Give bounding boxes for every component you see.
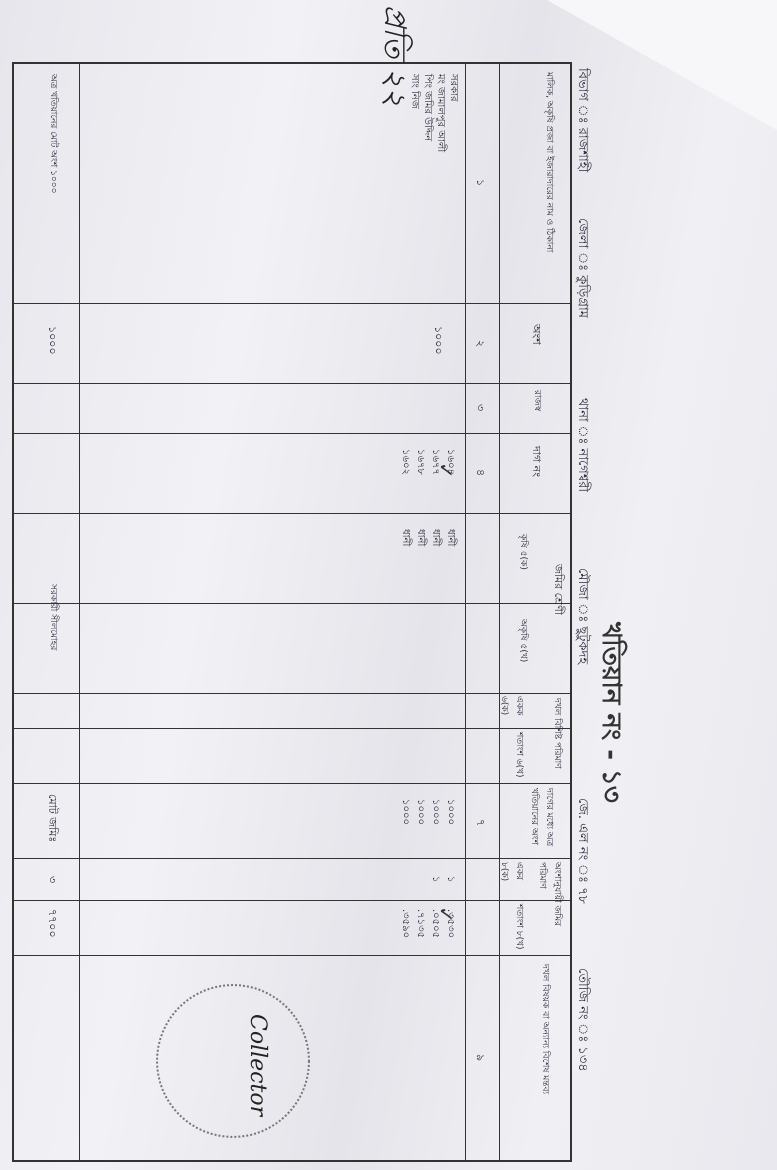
footer-total-acre: ৩ [45,876,60,883]
collector-signature: Collector [245,1014,270,1116]
column-area-decimal [14,729,570,784]
land-class: ধানী [428,529,443,546]
document-title: খতিয়ান নং - ১৩ [588,622,632,803]
header-class-agri: কৃষি ৫(ক) [515,534,530,570]
owner-line: মং জামালপুর আলী [434,74,447,152]
thana-label: থানা ঃ নাগেশ্বরী [571,398,592,492]
corner-scribble: ২০ প্রতি ২২ [368,0,419,107]
header-owner: মালিক, অকৃষি প্রজা বা ইজারাদারের নাম ও ঠ… [541,72,556,297]
header-proportional-area: অংশানুযায়ী জমির পরিমাণ [534,862,564,954]
column-class-nonagri [14,604,570,694]
column-area-acre [14,694,570,729]
dag-number: ১৬৭৮ [413,449,428,475]
header-land-class: জমির শ্রেণী [551,564,566,615]
owner-line: সরকার [447,74,460,152]
header-revenue: রাজস্ব [529,390,544,411]
header-decimal: শতাংশ ৮(খ) [511,904,526,954]
header-acre: একর ৮(ক) [496,862,526,900]
jl-number-label: জে. এল নং ঃ ৭৮ [571,798,592,904]
owner-share: ১০০০ [431,326,446,355]
dag-share: ১০০০ [413,799,428,825]
footer-seal-text: সরকারী সীলমোহর [45,584,60,650]
header-area-acre: একক ৬(ক) [496,696,526,728]
header-possession-area: দখল বিশিষ্ট পরিমাণ [549,698,564,782]
revenue-number-label: তৌজি নং ঃ ১৩৪ [571,968,592,1072]
dag-share: ১০০০ [443,799,458,825]
header-dag: দাগ নং [529,446,544,477]
colnum-7: ৭ [473,819,488,826]
land-class: ধানী [413,529,428,546]
decimal-value: .৩৫৯০ [398,909,413,938]
division-label: বিভাগ ঃ রাজশাহী [571,68,592,172]
column-decimal [14,901,570,956]
header-remarks: দখল বিষয়ক বা অন্যান্য বিশেষ মন্তব্য [537,964,552,1154]
footer-authority: অত্র খতিয়ানের মোট অংশ ১০০০ [45,74,60,194]
colnum-4: ৪ [473,469,488,476]
khatian-document: খতিয়ান নং - ১৩ বিভাগ ঃ রাজশাহী জেলা ঃ ক… [0,62,640,1162]
colnum-1: ১ [473,179,488,186]
colnum-2: ২ [473,340,488,347]
seal-stamp [156,984,310,1138]
header-class-nonagri: অকৃষি ৫(খ) [515,619,530,662]
land-class: ধানী [398,529,413,546]
mouza-label: মৌজা ঃ ছুটুকদহ [571,568,592,664]
colnum-9: ৯ [473,1054,488,1061]
khatian-table: মালিক, অকৃষি প্রজা বা ইজারাদারের নাম ও ঠ… [12,62,572,1162]
district-label: জেলা ঃ কুড়িগ্রাম [571,218,592,318]
header-dag-share: দাগের মধ্যে অত্র খতিয়ানের অংশ [526,788,556,856]
owner-line: পিং জমির উদ্দিন [421,74,434,152]
land-class: ধানী [443,529,458,546]
column-acre [14,859,570,901]
check-mark-icon: ✓ [434,906,458,923]
header-area-decimal: শতাংশ ৬(খ) [511,732,526,782]
dag-share: ১০০০ [428,799,443,825]
dag-share: ১০০০ [398,799,413,825]
check-mark-icon: ✓ [434,462,458,479]
column-class-agri [14,514,570,604]
acre-value: ১ [428,876,443,883]
decimal-value: .৭১৩৫ [413,909,428,938]
header-share: অংশ [529,324,544,345]
dag-number: ১৬০২ [398,449,413,475]
footer-total-label: মোট জমিঃ [45,794,60,842]
footer-total-decimal: ৭৭০০ [45,909,60,938]
colnum-3: ৩ [473,404,488,411]
footer-total-share: ১০০০ [45,326,60,355]
acre-value: ১ [443,876,458,883]
